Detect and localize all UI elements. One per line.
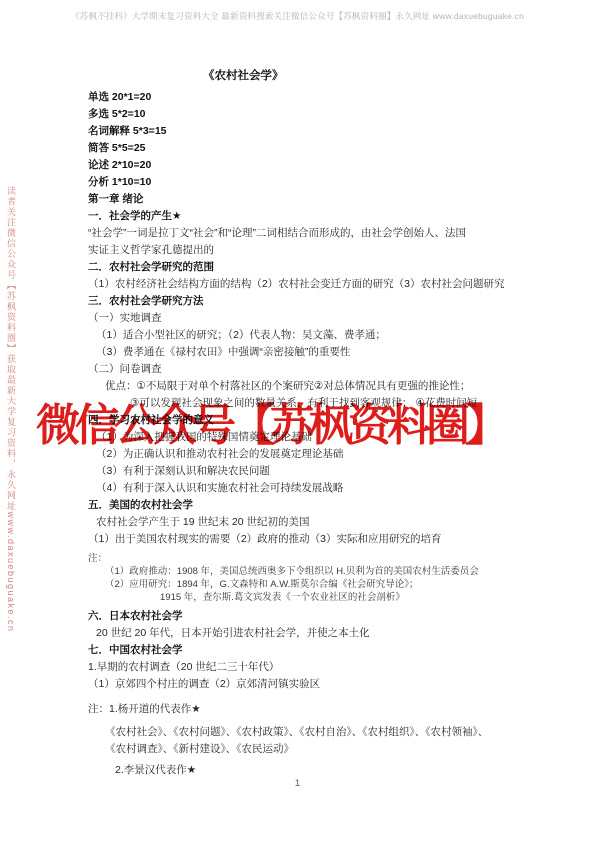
doc-line: （3）有利于深刻认识和解决农民问题 [88,463,528,480]
section-heading: 三．农村社会学研究方法 [88,293,528,310]
section-heading: 六．日本农村社会学 [88,608,528,625]
doc-line: 优点：①不局限于对单个村落社区的个案研究②对总体情况具有更强的推论性； [88,378,528,395]
doc-line: 简答 5*5=25 [88,140,528,157]
doc-line: （1）为深入把握我国的特殊国情奠定理论基础 [88,429,528,446]
doc-line: （1）适合小型社区的研究；（2）代表人物：吴文藻、费孝通； [88,327,528,344]
section-heading: 四．学习农村社会学的意义 [88,412,528,429]
doc-line: 第一章 绪论 [88,191,528,208]
doc-line: 20 世纪 20 年代，日本开始引进农村社会学，并使之本土化 [88,625,528,642]
doc-line: （1）京郊四个村庄的调查（2）京郊清河镇实验区 [88,676,528,693]
doc-line: （2）为正确认识和推动农村社会的发展奠定理论基础 [88,446,528,463]
note-line: 注： [88,552,528,565]
doc-line: 《农村调查》、《新村建设》、《农民运动》 [88,741,528,758]
doc-line: 名词解释 5*3=15 [88,123,528,140]
doc-line: 2.李景汉代表作★ [88,762,528,779]
doc-line: 多选 5*2=10 [88,106,528,123]
doc-line: （1）农村经济社会结构方面的结构（2）农村社会变迁方面的研究（3）农村社会问题研… [88,276,528,293]
note-heading: 注：1.杨开道的代表作★ [88,701,528,718]
section-heading: 七．中国农村社会学 [88,642,528,659]
running-header: 《苏枫不挂科》大学期末复习资料大全 最新资料搜索关注微信公众号【苏枫资料圈】永久… [0,10,595,22]
doc-line: 《农村社会》、《农村问题》、《农村政策》、《农村自治》、《农村组织》、《农村领袖… [88,724,528,741]
document-body: 《农村社会学》 单选 20*1=20 多选 5*2=10 名词解释 5*3=15… [88,66,528,779]
doc-line: （3）费孝通在《禄村农田》中强调“亲密接触”的重要性 [88,344,528,361]
doc-line: 论述 2*10=20 [88,157,528,174]
section-heading: 二．农村社会学研究的范围 [88,259,528,276]
doc-title: 《农村社会学》 [203,66,528,86]
doc-line: （4）有利于深入认识和实施农村社会可持续发展战略 [88,480,528,497]
page-number: 1 [0,778,595,789]
section-heading: 五．美国的农村社会学 [88,497,528,514]
doc-line: 1.早期的农村调查（20 世纪二三十年代） [88,659,528,676]
doc-line: 实证主义哲学家孔德提出的 [88,242,528,259]
note-line: （1）政府推动：1908 年，美国总统西奥多下令组织以 H.贝利为首的美国农村生… [88,565,528,578]
note-line: （2）应用研究：1894 年，G.文森特和 A.W.斯莫尔合编《社会研究导论》； [88,578,528,591]
doc-line: ③可以发现社会现象之间的数量关系，有利于找到客观规律； ④花费时间短 [88,395,528,412]
doc-line: （一）实地调查 [88,310,528,327]
document-page: 《苏枫不挂科》大学期末复习资料大全 最新资料搜索关注微信公众号【苏枫资料圈】永久… [0,0,595,842]
doc-line: （1）出于美国农村现实的需要（2）政府的推动（3）实际和应用研究的培育 [88,531,528,548]
section-heading: 一．社会学的产生★ [88,208,528,225]
doc-line: 分析 1*10=10 [88,174,528,191]
side-watermark: 读者关注微信公众号【苏枫资料圈】获取最新大学复习资料，永久网址www.daxue… [5,186,18,646]
doc-line: （二）问卷调查 [88,361,528,378]
doc-line: 单选 20*1=20 [88,89,528,106]
doc-line: 农村社会学产生于 19 世纪末 20 世纪初的美国 [88,514,528,531]
doc-line: “社会学”一词是拉丁文“社会”和“论理”二词相结合而形成的，由社会学创始人、法国 [88,225,528,242]
note-line: 1915 年，查尔斯.葛文宾发表《一个农业社区的社会剖析》 [88,591,528,604]
